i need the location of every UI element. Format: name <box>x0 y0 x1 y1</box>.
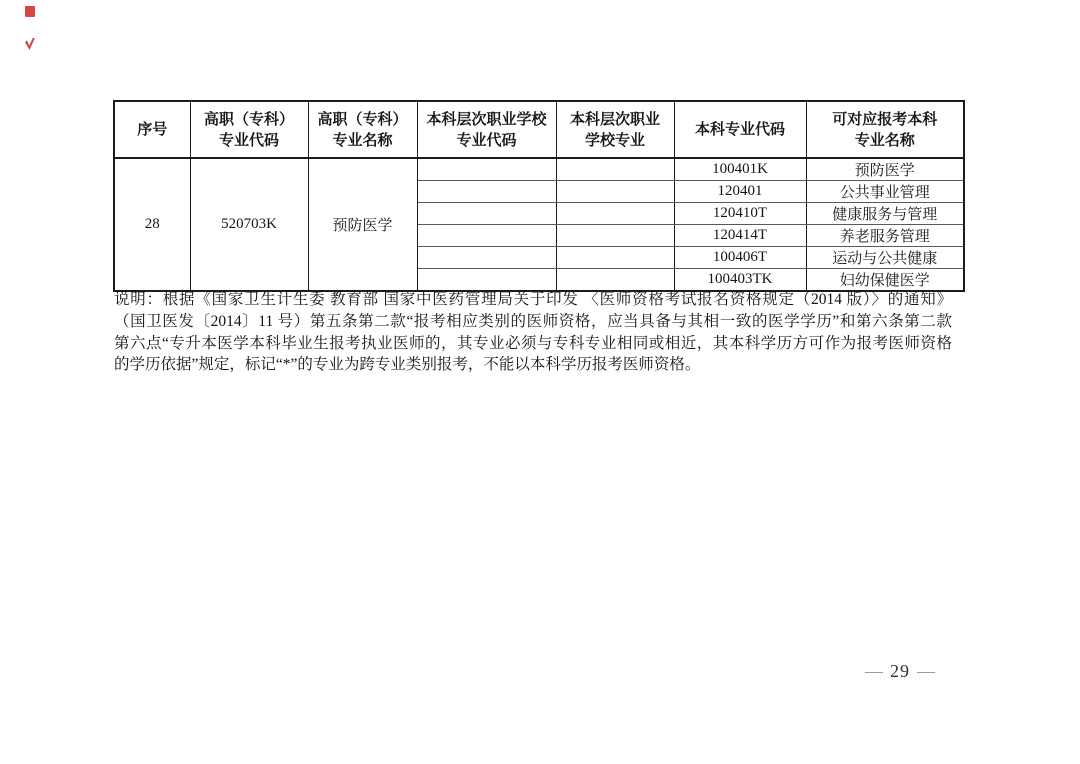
red-stamp-mark-bottom <box>25 38 35 50</box>
cell-bachelor-name: 公共事业管理 <box>806 181 964 203</box>
header-bachelor-name: 可对应报考本科 专业名称 <box>806 101 964 158</box>
header-vocational-code: 高职（专科） 专业代码 <box>190 101 308 158</box>
header-vocational-name: 高职（专科） 专业名称 <box>308 101 417 158</box>
cell-bachelor-code: 100401K <box>674 158 806 181</box>
explanatory-note: 说明：根据《国家卫生计生委 教育部 国家中医药管理局关于印发 〈医师资格考试报名… <box>114 289 952 376</box>
header-line: 高职（专科） <box>193 109 306 130</box>
header-bachelor-vocational-school-code: 本科层次职业学校 专业代码 <box>417 101 556 158</box>
cell-bachelor-code: 100403TK <box>674 269 806 292</box>
cell-bachelor-vocational-code <box>417 247 556 269</box>
cell-bachelor-vocational-major <box>556 247 674 269</box>
header-line: 序号 <box>117 119 188 140</box>
note-line: 第六点“专升本医学本科毕业生报考执业医师的，其专业必须与专科专业相同或相近，其本… <box>114 333 952 355</box>
majors-mapping-table: 序号 高职（专科） 专业代码 高职（专科） 专业名称 本科层次职业学校 专业代码… <box>113 100 965 292</box>
header-line: 学校专业 <box>559 130 672 151</box>
document-page: 序号 高职（专科） 专业代码 高职（专科） 专业名称 本科层次职业学校 专业代码… <box>0 0 1080 764</box>
cell-bachelor-code: 120401 <box>674 181 806 203</box>
cell-bachelor-vocational-major <box>556 181 674 203</box>
cell-bachelor-vocational-code <box>417 158 556 181</box>
red-stamp-mark-top <box>25 6 35 17</box>
cell-bachelor-vocational-code <box>417 203 556 225</box>
cell-vocational-code: 520703K <box>190 158 308 291</box>
header-line: 专业名称 <box>311 130 415 151</box>
cell-bachelor-vocational-code <box>417 225 556 247</box>
note-line: （国卫医发〔2014〕11 号）第五条第二款“报考相应类别的医师资格，应当具备与… <box>114 311 952 333</box>
header-line: 可对应报考本科 <box>809 109 962 130</box>
page-number-dash-right: — <box>910 661 942 681</box>
header-line: 专业名称 <box>809 130 962 151</box>
cell-bachelor-name: 预防医学 <box>806 158 964 181</box>
header-bachelor-code: 本科专业代码 <box>674 101 806 158</box>
header-line: 专业代码 <box>193 130 306 151</box>
cell-bachelor-vocational-major <box>556 269 674 292</box>
cell-bachelor-vocational-code <box>417 269 556 292</box>
cell-bachelor-name: 养老服务管理 <box>806 225 964 247</box>
cell-bachelor-name: 运动与公共健康 <box>806 247 964 269</box>
cell-bachelor-code: 120410T <box>674 203 806 225</box>
table-row: 28 520703K 预防医学 100401K 预防医学 <box>114 158 964 181</box>
cell-bachelor-vocational-major <box>556 158 674 181</box>
header-line: 本科层次职业学校 <box>420 109 554 130</box>
page-number: —29— <box>845 661 955 682</box>
cell-bachelor-vocational-major <box>556 203 674 225</box>
cell-bachelor-vocational-major <box>556 225 674 247</box>
cell-bachelor-code: 120414T <box>674 225 806 247</box>
cell-bachelor-code: 100406T <box>674 247 806 269</box>
page-number-dash-left: — <box>858 661 890 681</box>
cell-bachelor-name: 健康服务与管理 <box>806 203 964 225</box>
cell-serial: 28 <box>114 158 190 291</box>
note-line: 的学历依据”规定，标记“*”的专业为跨专业类别报考，不能以本科学历报考医师资格。 <box>114 354 952 376</box>
table-header-row: 序号 高职（专科） 专业代码 高职（专科） 专业名称 本科层次职业学校 专业代码… <box>114 101 964 158</box>
cell-bachelor-name: 妇幼保健医学 <box>806 269 964 292</box>
note-line: 说明：根据《国家卫生计生委 教育部 国家中医药管理局关于印发 〈医师资格考试报名… <box>114 289 952 311</box>
header-line: 本科层次职业 <box>559 109 672 130</box>
header-bachelor-vocational-school-major: 本科层次职业 学校专业 <box>556 101 674 158</box>
header-line: 本科专业代码 <box>677 119 804 140</box>
cell-bachelor-vocational-code <box>417 181 556 203</box>
page-number-value: 29 <box>890 661 910 681</box>
cell-vocational-name: 预防医学 <box>308 158 417 291</box>
header-line: 专业代码 <box>420 130 554 151</box>
header-line: 高职（专科） <box>311 109 415 130</box>
header-serial: 序号 <box>114 101 190 158</box>
